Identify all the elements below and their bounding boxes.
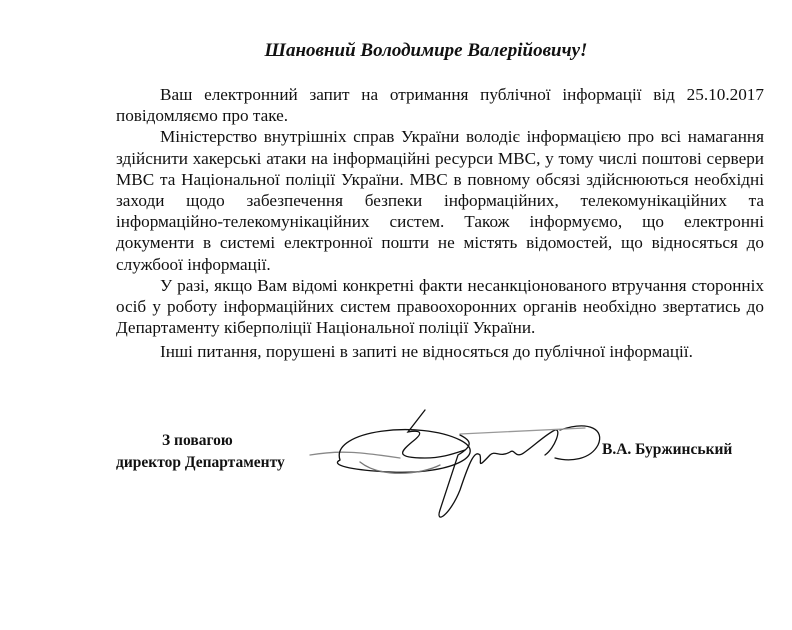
paragraph-cyberpolice: У разі, якщо Вам відомі конкретні факти … <box>116 275 764 339</box>
handwritten-signature-icon <box>300 400 620 530</box>
closing-block: З повагою директор Департаменту <box>116 430 285 474</box>
paragraph-other-questions: Інші питання, порушені в запиті не відно… <box>116 341 764 362</box>
letter-page: Шановний Володимире Валерійовичу! Ваш ел… <box>0 0 792 630</box>
paragraph-request: Ваш електронний запит на отримання публі… <box>116 84 764 126</box>
closing-regards: З повагою <box>116 430 285 452</box>
paragraph-ministry-info: Міністерство внутрішніх справ України во… <box>116 126 764 274</box>
letter-body: Ваш електронний запит на отримання публі… <box>116 84 764 363</box>
salutation: Шановний Володимире Валерійовичу! <box>0 40 792 62</box>
signer-position: директор Департаменту <box>116 452 285 474</box>
signer-name: В.А. Буржинський <box>602 441 732 459</box>
